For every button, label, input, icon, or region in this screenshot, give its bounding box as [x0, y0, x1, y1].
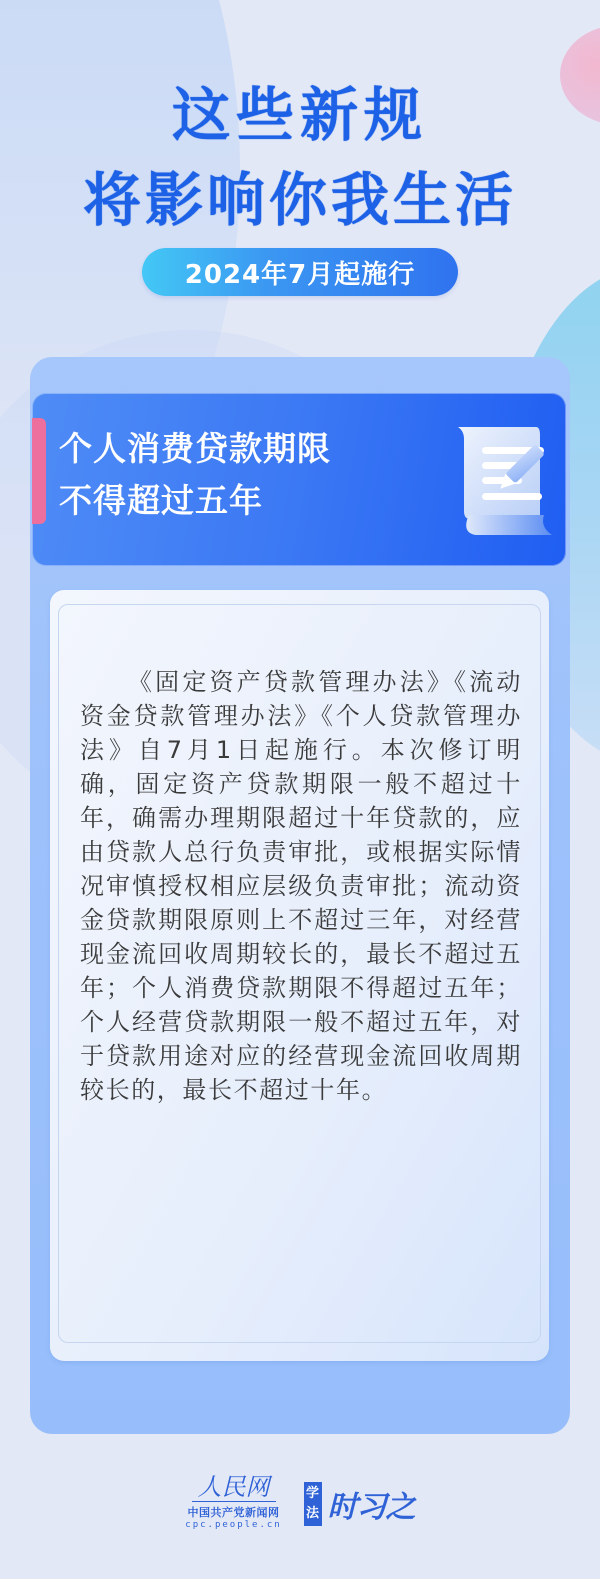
regulation-body-text: 《固定资产贷款管理办法》《流动资金贷款管理办法》《个人贷款管理办法》自7月1日起…: [80, 665, 522, 1107]
people-daily-logo: 人民网 中国共产党新闻网 cpc.people.cn: [186, 1474, 282, 1530]
footer-logos: 人民网 中国共产党新闻网 cpc.people.cn 学 法 时习之: [0, 1474, 600, 1530]
people-logo-name: 中国共产党新闻网: [188, 1504, 280, 1520]
xuefa-char1: 学: [306, 1484, 319, 1504]
document-edit-icon: [440, 415, 566, 545]
xuefa-char2: 法: [306, 1504, 319, 1524]
page-title-line1: 这些新规: [0, 80, 600, 150]
section-header-title: 个人消费贷款期限 不得超过五年: [59, 423, 331, 527]
section-header-line2: 不得超过五年: [59, 475, 331, 527]
effective-date-badge: 2024年7月起施行: [142, 248, 458, 296]
section-header-banner: 个人消费贷款期限 不得超过五年: [32, 393, 566, 566]
section-header-line1: 个人消费贷款期限: [59, 423, 331, 475]
shixizhi-text: 时习之: [328, 1482, 415, 1526]
people-logo-url: cpc.people.cn: [185, 1520, 281, 1530]
page-title-line2: 将影响你我生活: [0, 165, 600, 235]
people-logo-script: 人民网: [192, 1474, 276, 1502]
accent-bar: [32, 418, 46, 524]
xuefa-badge: 学 法: [304, 1482, 322, 1526]
xuefa-shixizhi-logo: 学 法 时习之: [304, 1482, 415, 1526]
